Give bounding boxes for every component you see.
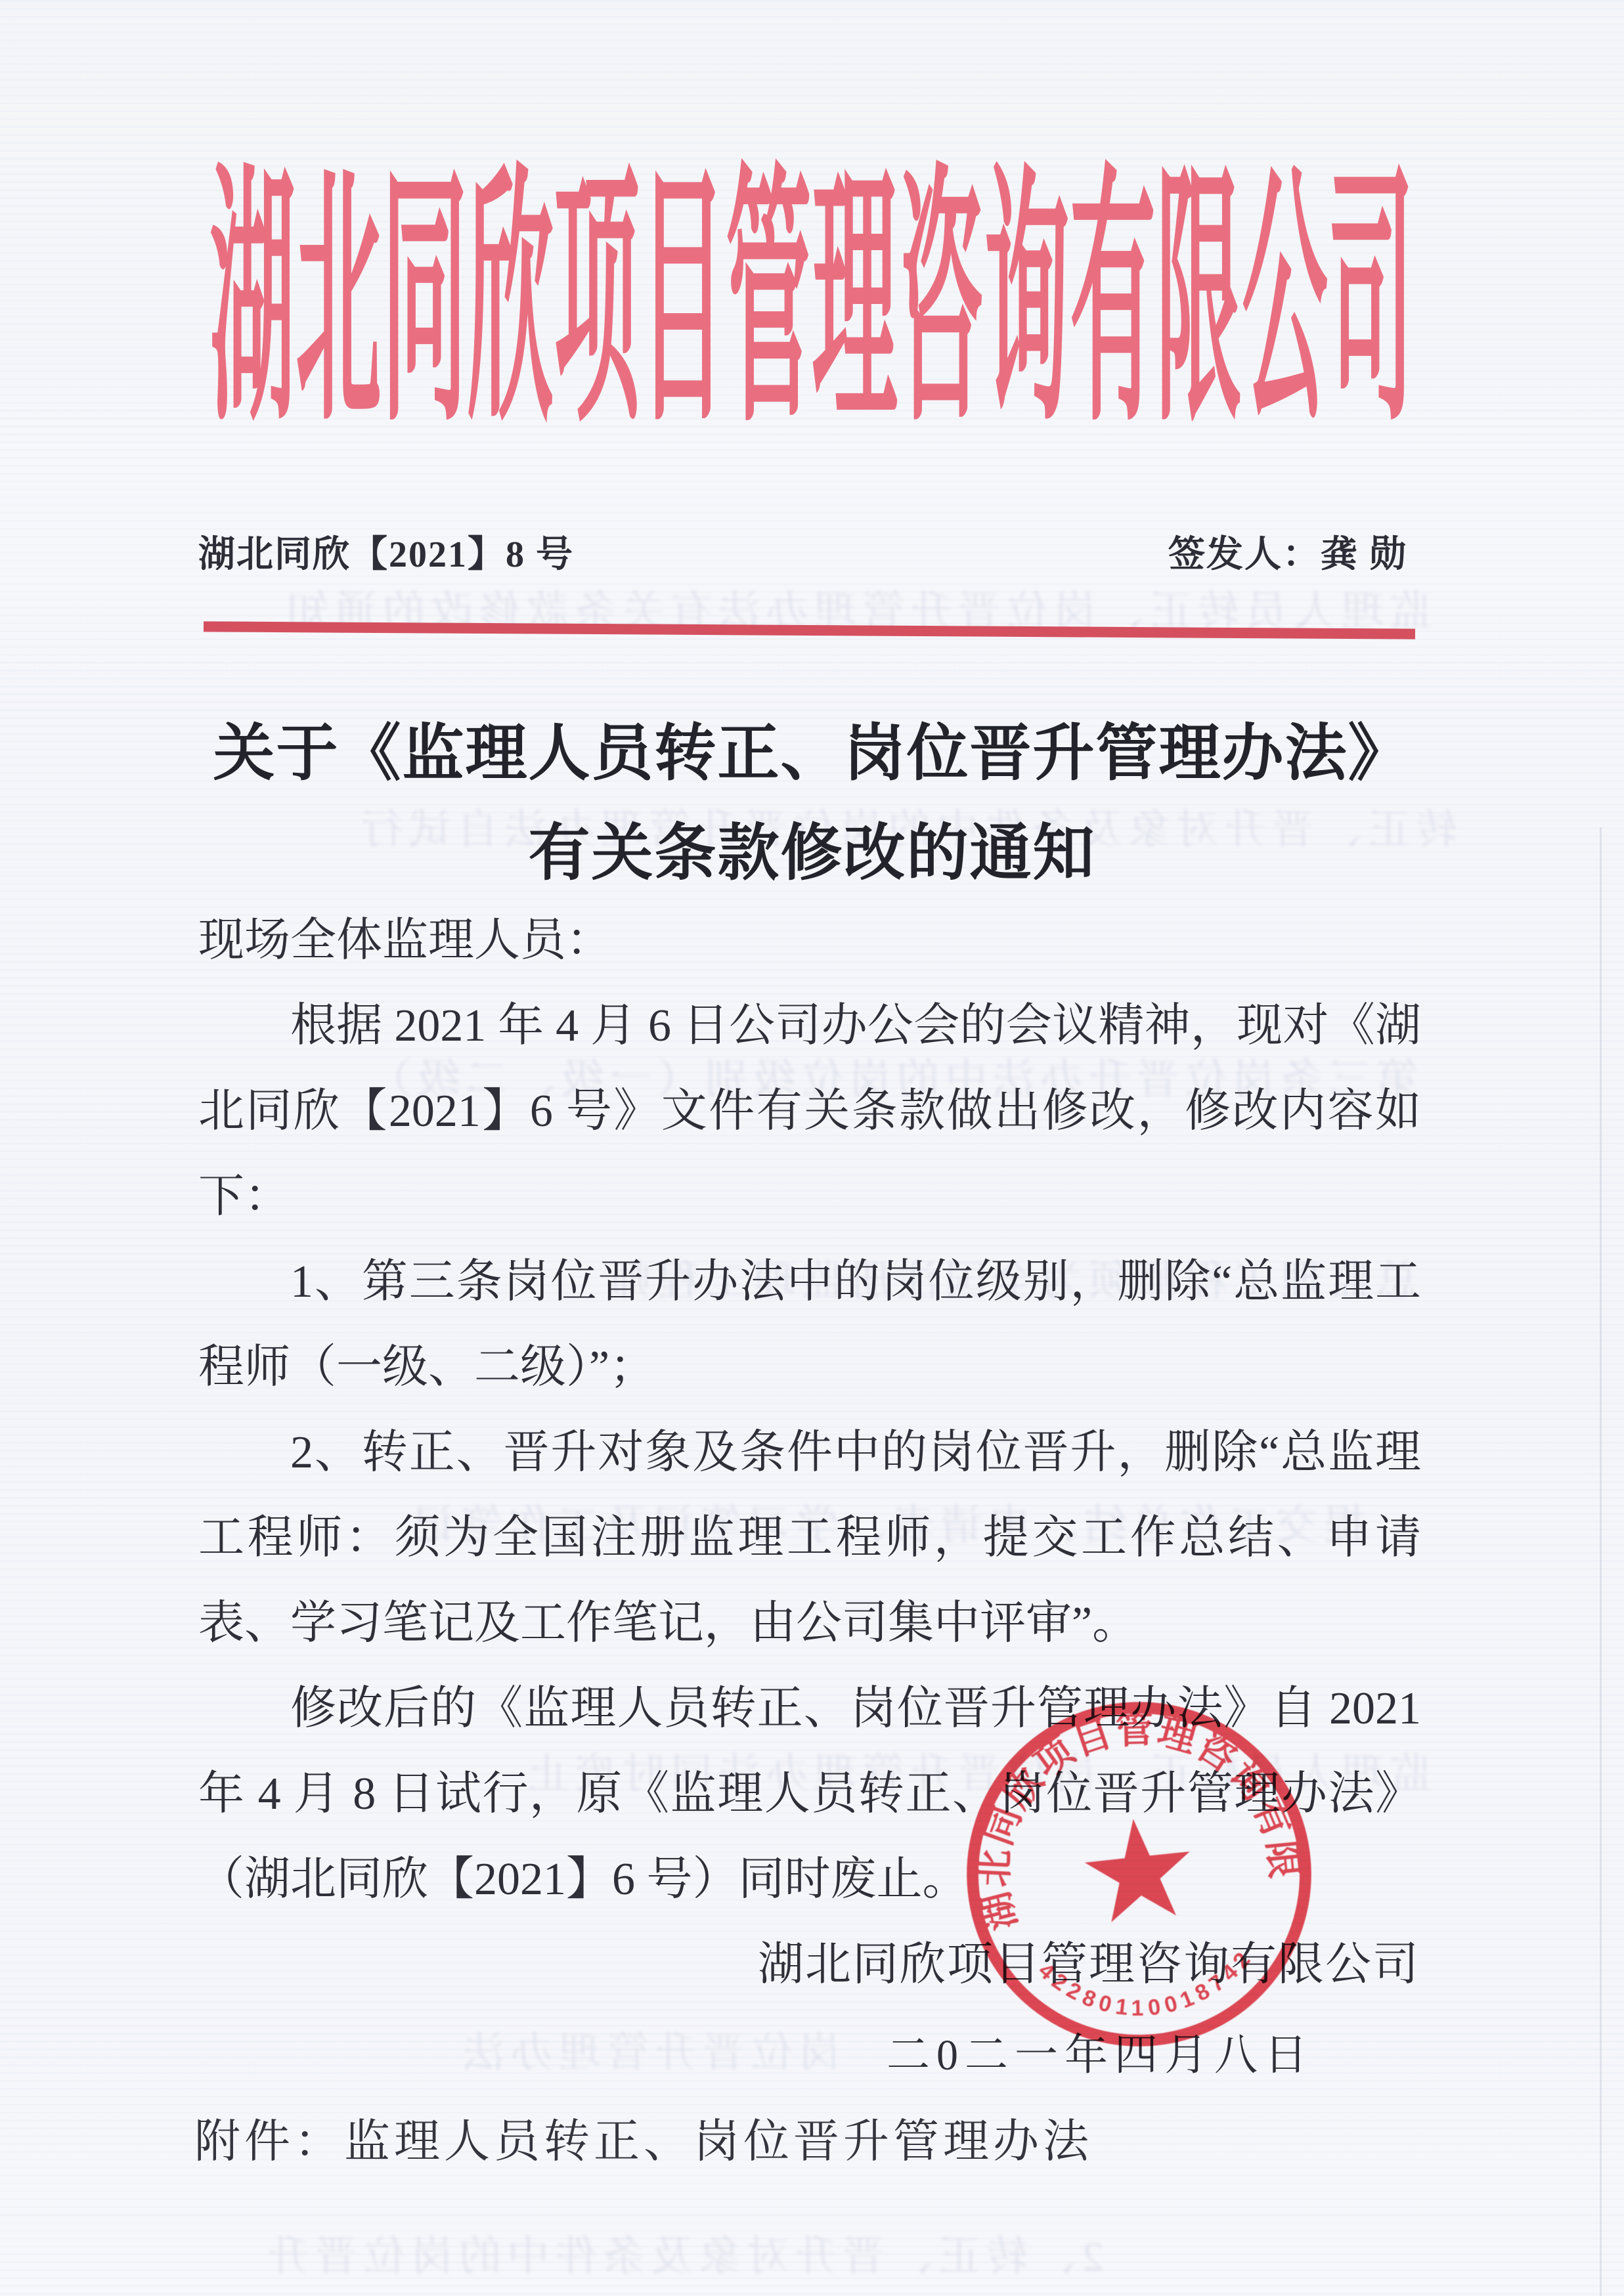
company-seal-graphic: 湖北同欣项目管理咨询有限公司 42280110018742 [942,1678,1336,2071]
body-paragraph: 根据 2021 年 4 月 6 日公司办公会的会议精神，现对《湖北同欣【2021… [198,984,1421,1240]
document-number: 湖北同欣【2021】8 号 [198,525,574,578]
scanned-document-page: 监理人员转正、岗位晋升管理办法有关条款修改的通知 转正、晋升对象及条件中的岗位晋… [0,0,1624,2296]
attachment-note: 附件：监理人员转正、岗位晋升管理办法 [194,2104,1093,2171]
bleedthrough-ghost-text: 2、转正、晋升对象及条件中的岗位晋升 [118,2222,1103,2283]
body-paragraph: 2、转正、晋升对象及条件中的岗位晋升，删除“总监理工程师：须为全国注册监理工程师… [198,1410,1421,1666]
red-divider-rule [204,621,1415,639]
document-title: 关于《监理人员转正、岗位晋升管理办法》 有关条款修改的通知 [0,704,1624,903]
document-title-line1: 关于《监理人员转正、岗位晋升管理办法》 [0,704,1624,804]
document-title-line2: 有关条款修改的通知 [0,804,1624,903]
letterhead: 湖北同欣项目管理咨询有限公司 [0,163,1624,248]
stamp-star-icon [1081,1813,1196,1924]
scan-edge-artifact [1600,827,1602,2296]
document-meta-row: 湖北同欣【2021】8 号 签发人：龚 勋 [198,525,1407,578]
issuer-name: 签发人：龚 勋 [1168,525,1407,578]
company-seal-stamp: 湖北同欣项目管理咨询有限公司 42280110018742 [942,1678,1336,2071]
company-name-letterhead: 湖北同欣项目管理咨询有限公司 [209,163,1414,436]
salutation: 现场全体监理人员： [198,898,1421,984]
body-paragraph: 1、第三条岗位晋升办法中的岗位级别，删除“总监理工程师（一级、二级）”； [198,1240,1421,1410]
